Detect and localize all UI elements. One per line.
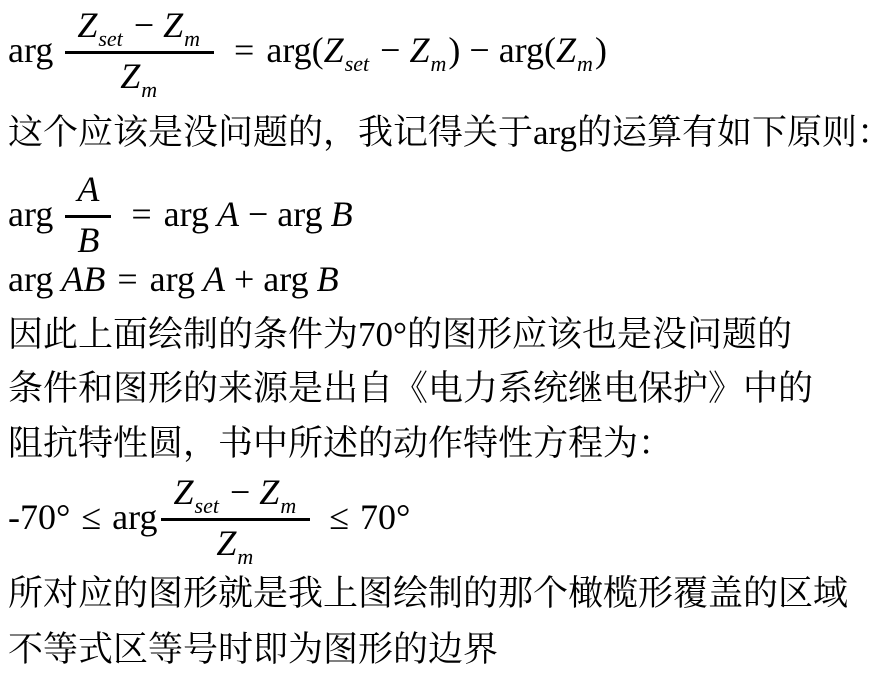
math-var-b: B xyxy=(317,259,339,299)
paragraph-boundary: 不等式区等号时即为图形的边界 xyxy=(8,626,498,673)
math-function-arg: arg xyxy=(277,194,322,234)
formula-arg-quotient-rule: arg A B =argA−argB xyxy=(8,170,353,260)
fraction: A B xyxy=(65,170,111,260)
math-subscript-m: m xyxy=(141,78,157,102)
math-var-a: A xyxy=(217,194,239,234)
formula-line: argAB=argA+argB xyxy=(8,259,339,300)
math-function-arg: arg xyxy=(8,30,53,71)
math-minus: − xyxy=(380,30,400,70)
formula-operating-characteristic: -70°≤arg Zset−Zm Zm ≤70° xyxy=(8,473,410,563)
math-plus: + xyxy=(234,259,254,299)
math-var-zm: Z xyxy=(259,472,279,512)
formula-right-hand-side: =arg(Zset−Zm)−arg(Zm) xyxy=(222,30,607,71)
math-close-paren: ) xyxy=(595,30,607,70)
math-minus: − xyxy=(134,5,154,45)
document-page: arg Zset−Zm Zm =arg(Zset−Zm)−arg(Zm) 这个应… xyxy=(0,0,896,683)
math-subscript-set: set xyxy=(195,494,219,518)
math-function-arg-paren: arg( xyxy=(499,30,556,70)
math-leq: ≤ xyxy=(329,497,349,537)
formula-left-bound: -70°≤arg xyxy=(8,497,157,538)
math-function-arg: arg xyxy=(164,194,209,234)
math-equals: = xyxy=(131,194,151,234)
math-var-b: B xyxy=(331,194,353,234)
formula-right-bound: ≤70° xyxy=(318,497,410,538)
math-var-zm: Z xyxy=(120,56,140,96)
math-var-zm: Z xyxy=(216,523,236,563)
math-var-zset: Z xyxy=(173,472,193,512)
math-subscript-m: m xyxy=(184,27,200,51)
math-equals: = xyxy=(234,30,254,70)
fraction: Zset−Zm Zm xyxy=(65,6,214,96)
math-subscript-m: m xyxy=(237,545,253,569)
fraction-denominator: Zm xyxy=(120,54,159,97)
math-subscript-set: set xyxy=(98,27,122,51)
math-function-arg: arg xyxy=(8,194,53,235)
math-var-zm: Z xyxy=(163,5,183,45)
math-equals: = xyxy=(117,259,137,299)
paragraph-arg-rules-intro: 这个应该是没问题的，我记得关于arg的运算有如下原则： xyxy=(8,109,892,156)
fraction-denominator: B xyxy=(77,218,99,261)
math-var-zm: Z xyxy=(556,30,576,70)
math-minus: − xyxy=(469,30,489,70)
math-var-a: A xyxy=(203,259,225,299)
math-var-zm: Z xyxy=(409,30,429,70)
math-function-arg: arg xyxy=(263,259,308,299)
fraction-numerator: A xyxy=(65,170,111,218)
math-subscript-m: m xyxy=(577,51,593,76)
math-subscript-m: m xyxy=(280,494,296,518)
math-close-paren: ) xyxy=(448,30,460,70)
fraction-numerator: Zset−Zm xyxy=(65,6,214,54)
formula-arg-difference-expansion: arg Zset−Zm Zm =arg(Zset−Zm)−arg(Zm) xyxy=(8,6,607,96)
paragraph-70-degree-conclusion: 因此上面绘制的条件为70°的图形应该也是没问题的 xyxy=(8,311,792,358)
math-lower-bound: -70° xyxy=(8,497,70,537)
math-minus: − xyxy=(248,194,268,234)
math-function-arg: arg xyxy=(150,259,195,299)
formula-right-hand-side: =argA−argB xyxy=(119,194,352,235)
math-function-arg: arg xyxy=(112,497,157,537)
fraction: Zset−Zm Zm xyxy=(161,473,310,563)
paragraph-source-book-line1: 条件和图形的来源是出自《电力系统继电保护》中的 xyxy=(8,365,813,412)
math-subscript-set: set xyxy=(345,51,369,76)
math-var-ab: AB xyxy=(61,259,105,299)
math-var-zset: Z xyxy=(77,5,97,45)
paragraph-olive-region: 所对应的图形就是我上图绘制的那个橄榄形覆盖的区域 xyxy=(8,570,848,617)
fraction-denominator: Zm xyxy=(216,521,255,564)
math-upper-bound: 70° xyxy=(360,497,410,537)
math-var-b: B xyxy=(77,220,99,260)
math-var-a: A xyxy=(77,169,99,209)
math-function-arg-paren: arg( xyxy=(266,30,323,70)
math-function-arg: arg xyxy=(8,259,53,299)
formula-arg-product-rule: argAB=argA+argB xyxy=(8,259,339,300)
fraction-numerator: Zset−Zm xyxy=(161,473,310,521)
math-minus: − xyxy=(230,472,250,512)
math-subscript-m: m xyxy=(431,51,447,76)
math-leq: ≤ xyxy=(81,497,101,537)
math-var-zset: Z xyxy=(324,30,344,70)
paragraph-source-book-line2: 阻抗特性圆，书中所述的动作特性方程为： xyxy=(8,420,673,467)
